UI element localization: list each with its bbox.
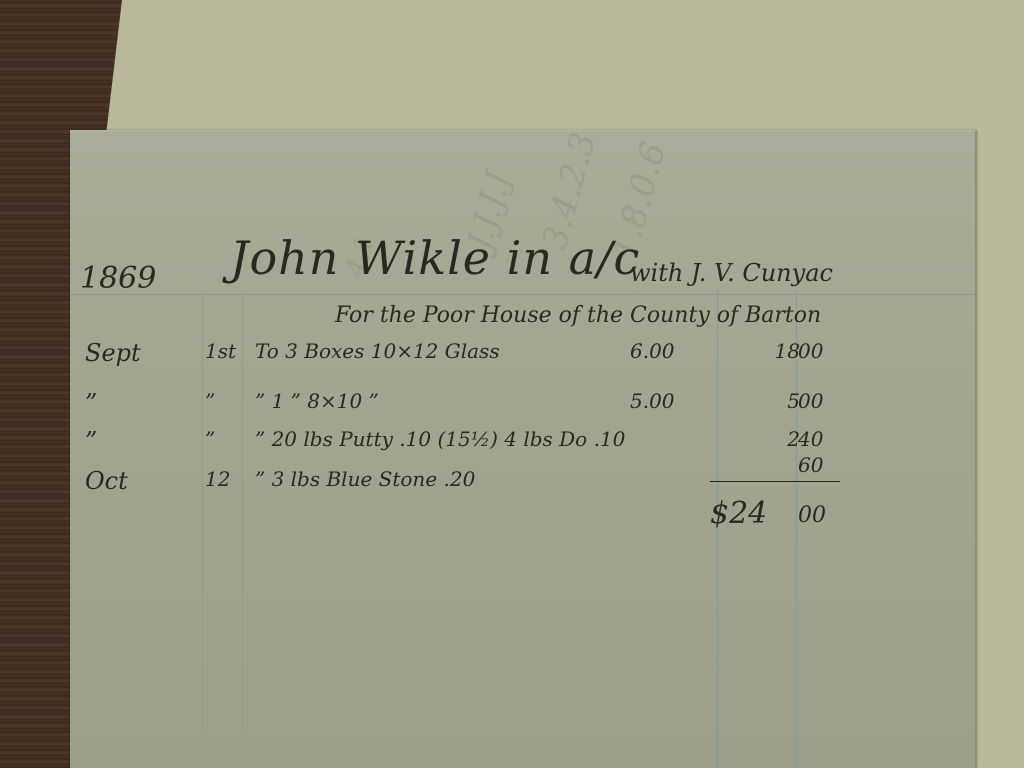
entry-cents: 00: [798, 389, 823, 413]
ledger-sheet: J.J.J.J 3.4.2.3 1.8.0.6 4.1 1869 John Wi…: [70, 130, 977, 768]
entry-day: 1st: [205, 339, 236, 363]
entry-cents: 40: [798, 427, 823, 451]
total-underline: [710, 481, 840, 482]
entry-dollars: 18: [740, 339, 800, 363]
ledger-entry: Sept 1st To 3 Boxes 10×12 Glass 6.00 18 …: [70, 339, 975, 373]
entry-dollars: 5: [740, 389, 800, 413]
entry-day: ”: [205, 427, 215, 451]
ledger-heading-creditor: with J. V. Cunyac: [630, 259, 833, 287]
entry-day: 12: [205, 467, 230, 491]
entry-description: ” 1 ” 8×10 ”: [255, 389, 379, 413]
ledger-total: $24: [710, 496, 767, 531]
entry-day: ”: [205, 389, 215, 413]
entry-description: ” 20 lbs Putty .10 (15½) 4 lbs Do .10: [255, 427, 625, 451]
entry-description: To 3 Boxes 10×12 Glass: [255, 339, 500, 363]
ledger-entry: ” ” ” 20 lbs Putty .10 (15½) 4 lbs Do .1…: [70, 427, 975, 461]
ledger-total-cents: 00: [798, 503, 826, 528]
entry-month: Sept: [85, 339, 141, 367]
entry-month: Oct: [85, 467, 128, 495]
ledger-subheading: For the Poor House of the County of Bart…: [335, 303, 821, 328]
entry-rate: 6.00: [630, 339, 675, 363]
entry-cents: 00: [798, 339, 823, 363]
entry-month: ”: [85, 389, 97, 417]
entry-month: ”: [85, 427, 97, 455]
ledger-entry: ” ” ” 1 ” 8×10 ” 5.00 5 00: [70, 389, 975, 423]
entry-description: ” 3 lbs Blue Stone .20: [255, 467, 475, 491]
entry-cents: 60: [798, 453, 823, 477]
ledger-entry: Oct 12 ” 3 lbs Blue Stone .20 60: [70, 467, 975, 501]
entry-dollars: 2: [740, 427, 800, 451]
entry-rate: 5.00: [630, 389, 675, 413]
ledger-header-rule: [70, 294, 975, 295]
ledger-year: 1869: [80, 261, 156, 296]
ledger-heading: John Wikle in a/c: [230, 231, 640, 285]
